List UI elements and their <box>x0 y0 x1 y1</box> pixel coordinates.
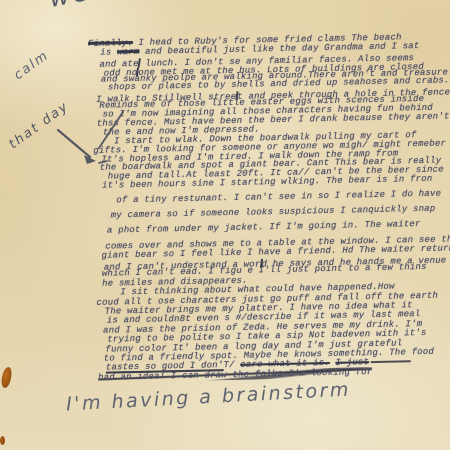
scanned-document-page: we finally arriv calm that day Finally. … <box>0 0 450 450</box>
ink-stain-small <box>0 436 5 445</box>
typed-segment: is <box>100 47 117 57</box>
typed-segment: a phot from under my jacket. If I'm goin… <box>107 219 421 236</box>
typed-line: of a tiny restunant. I can't see in so I… <box>88 189 450 206</box>
typed-segment: my camera so if someone looks suspicious… <box>111 204 436 221</box>
typed-lines: Finally. I head to Ruby's for some fried… <box>85 32 450 383</box>
typed-line: a phot from under my jacket. If I'm goin… <box>89 219 450 236</box>
typed-segment-pendash <box>371 360 411 363</box>
typed-segment: of a tiny restunant. I can't see in so I… <box>116 189 441 206</box>
typed-line: my camera so if someone looks suspicious… <box>89 204 450 221</box>
typed-segment-strike2: warm <box>117 47 140 57</box>
